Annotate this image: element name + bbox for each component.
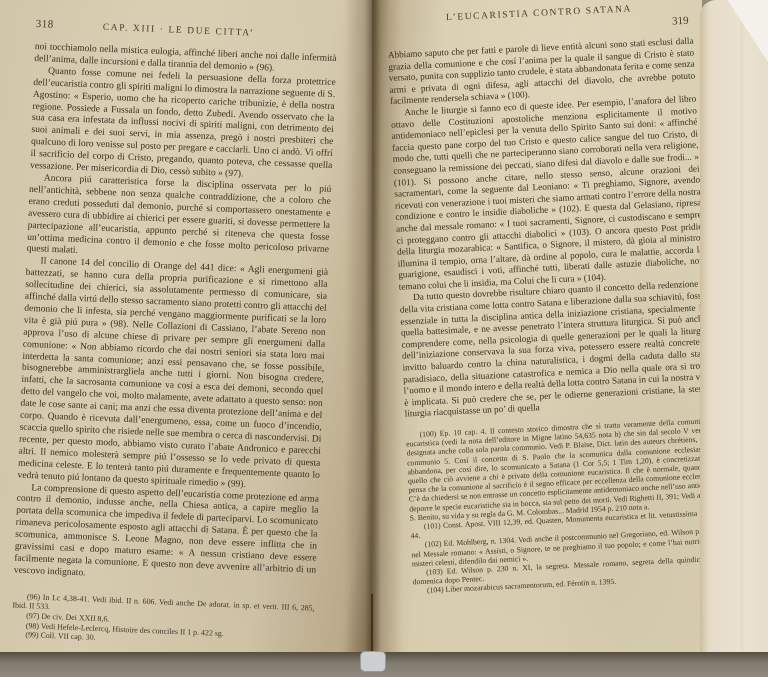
header-spacer	[303, 38, 337, 39]
footnote: (100) Ep. 10 cap. 4. Il contesto storico…	[406, 416, 702, 522]
binding-clip	[360, 651, 386, 672]
page-edges	[700, 0, 768, 660]
left-page-number: 318	[36, 18, 54, 31]
body-paragraph: Ancora piú caratteristica forse la disci…	[26, 173, 331, 268]
left-page: 318 CAP. XIII · LE DUE CITTA’ noi tocchi…	[0, 0, 372, 658]
right-footnotes: (100) Ep. 10 cap. 4. Il contesto storico…	[406, 416, 702, 596]
body-paragraph: La comprensione di questo aspetto dell’e…	[14, 482, 320, 589]
right-body-text: Abbiamo saputo che per fatti e parole di…	[388, 36, 702, 421]
body-paragraph: Anche le liturgie si fanno eco di queste…	[390, 93, 702, 293]
binding-thread	[371, 594, 373, 656]
open-book-photo: 318 CAP. XIII · LE DUE CITTA’ noi tocchi…	[0, 0, 768, 677]
left-page-content: 318 CAP. XIII · LE DUE CITTA’ noi tocchi…	[11, 18, 338, 651]
body-paragraph: Il canone 14 del concilio di Orange del …	[17, 256, 328, 494]
left-running-head-row: 318 CAP. XIII · LE DUE CITTA’	[36, 18, 338, 42]
body-paragraph: Quanto fosse comune nei fedeli la persua…	[30, 66, 336, 185]
right-page: L’EUCARISTIA CONTRO SATANA 319 Abbiamo s…	[372, 0, 702, 658]
left-running-header: CAP. XIII · LE DUE CITTA’	[54, 21, 304, 41]
body-paragraph: Da tutto questo dovrebbe risultare chiar…	[399, 279, 702, 421]
right-page-content: L’EUCARISTIA CONTRO SATANA 319 Abbiamo s…	[386, 2, 702, 596]
left-footnotes: (96) In Lc 4,38-41. Vedi ibid. II n. 606…	[11, 591, 315, 651]
left-body-text: noi tocchiamolo nella mistica eulogia, a…	[14, 42, 337, 589]
